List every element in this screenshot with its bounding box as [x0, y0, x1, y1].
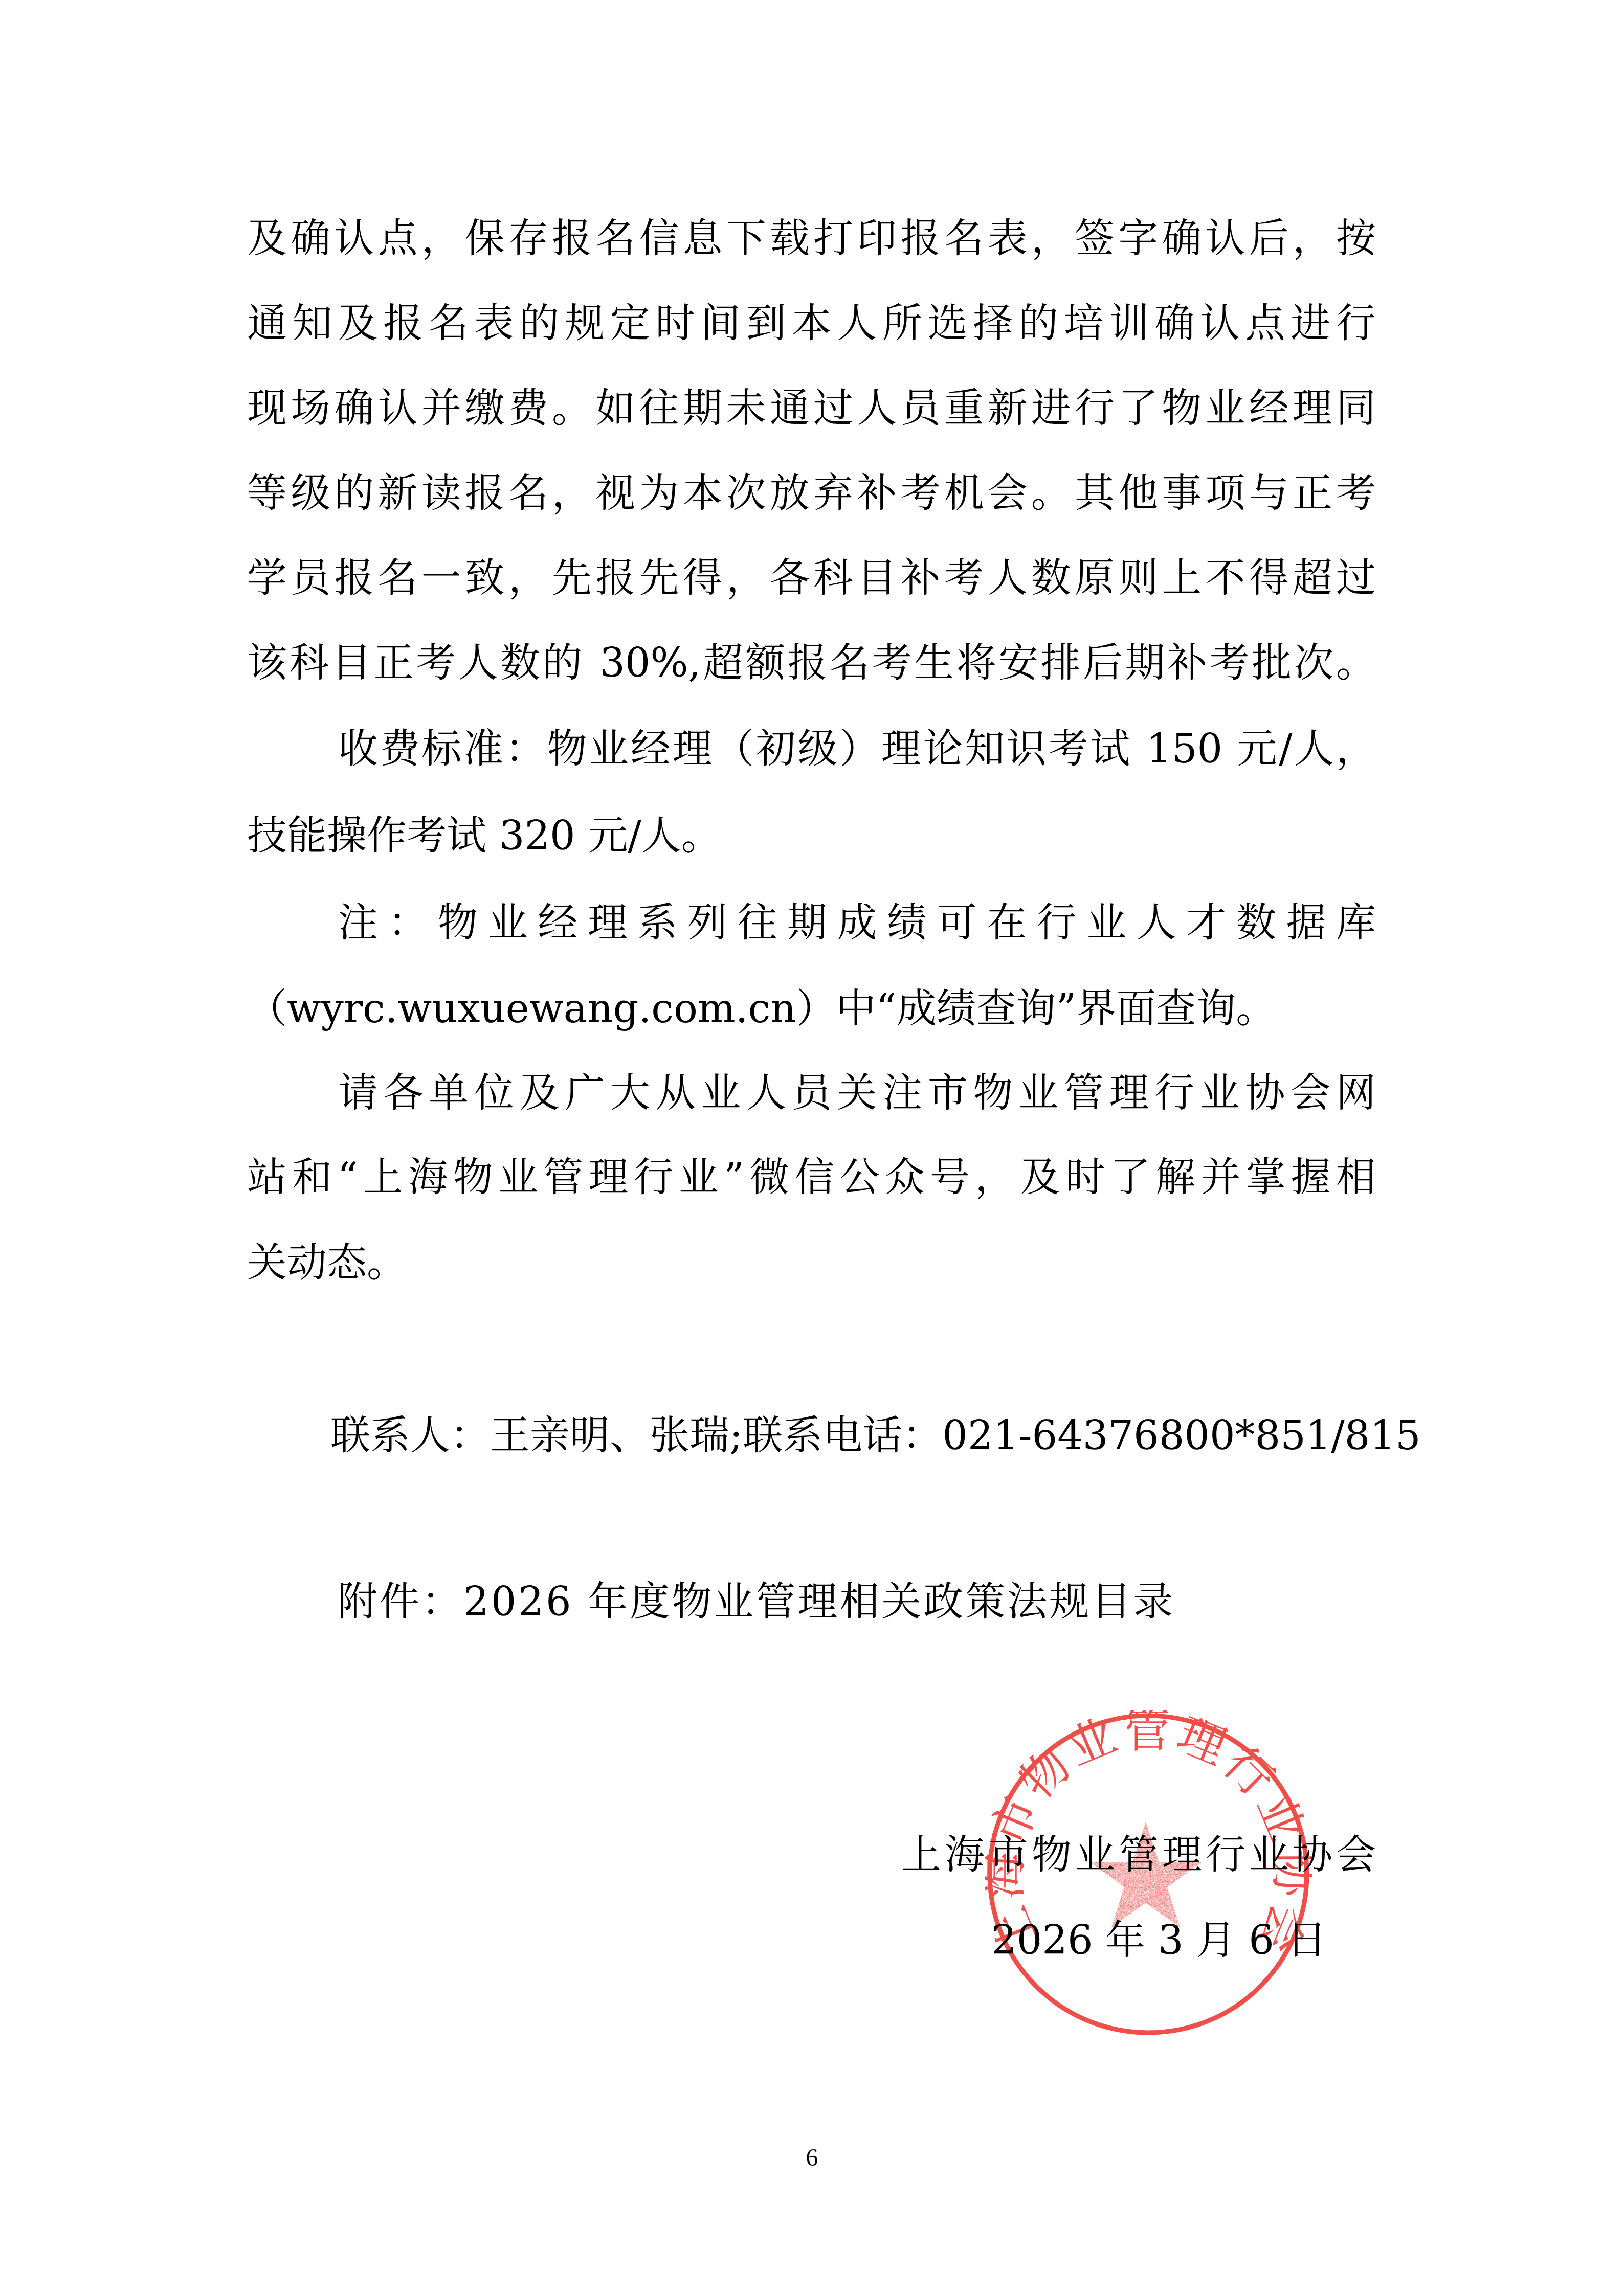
- body-line: 该科目正考人数的 30%,超额报名考生将安排后期补考批次。: [247, 621, 1376, 706]
- fee-standard-line: 技能操作考试 320 元/人。: [247, 794, 1376, 879]
- body-line: 通知及报名表的规定时间到本人所选择的培训确认点进行: [247, 281, 1376, 366]
- body-line: 及确认点，保存报名信息下载打印报名表，签字确认后，按: [247, 196, 1376, 281]
- contact-line: 联系人：王亲明、张瑞;联系电话：021-64376800*851/815: [330, 1393, 1376, 1478]
- signature-organization: 上海市物业管理行业协会: [901, 1813, 1376, 1898]
- notice-line: 请各单位及广大从业人员关注市物业管理行业协会网: [338, 1051, 1376, 1136]
- note-line: （wyrc.wuxuewang.com.cn）中“成绩查询”界面查询。: [247, 966, 1376, 1051]
- fee-standard-line: 收费标准：物业经理（初级）理论知识考试 150 元/人，: [338, 707, 1376, 792]
- signature-date: 2026 年 3 月 6 日: [991, 1898, 1293, 1983]
- notice-line: 站和“上海物业管理行业”微信公众号，及时了解并掌握相: [247, 1135, 1376, 1220]
- body-line: 现场确认并缴费。如往期未通过人员重新进行了物业经理同: [247, 366, 1376, 451]
- attachment-line: 附件：2026 年度物业管理相关政策法规目录: [338, 1560, 1175, 1645]
- note-line: 注：物业经理系列往期成绩可在行业人才数据库: [338, 881, 1376, 965]
- document-page: 及确认点，保存报名信息下载打印报名表，签字确认后，按 通知及报名表的规定时间到本…: [0, 0, 1624, 2296]
- page-number: 6: [0, 2140, 1624, 2176]
- body-line: 等级的新读报名，视为本次放弃补考机会。其他事项与正考: [247, 451, 1376, 536]
- notice-line: 关动态。: [247, 1221, 1376, 1305]
- body-line: 学员报名一致，先报先得，各科目补考人数原则上不得超过: [247, 536, 1376, 621]
